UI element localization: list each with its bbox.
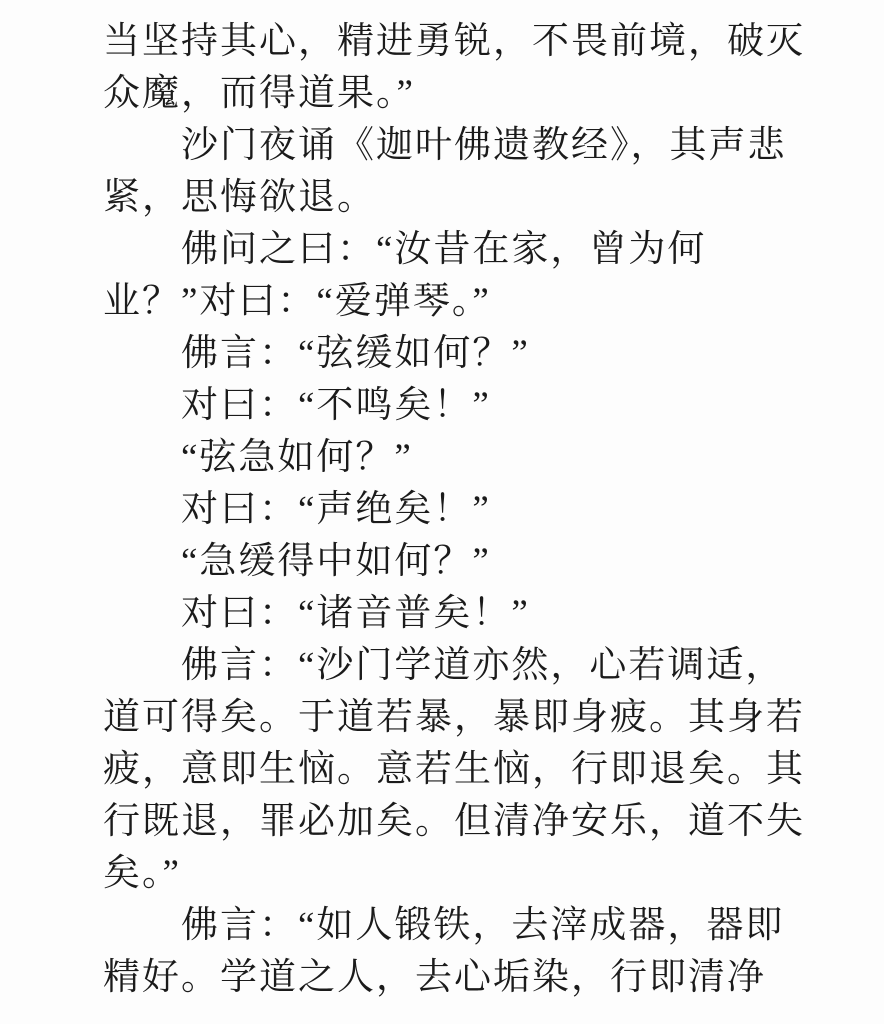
ebook-page: 当坚持其心，精进勇锐，不畏前境，破灭众魔，而得道果。”沙门夜诵《迦叶佛遗教经》，… bbox=[0, 0, 884, 1024]
text-line: 对曰：“声绝矣！” bbox=[103, 484, 806, 536]
text-line: 道可得矣。于道若暴，暴即身疲。其身若 bbox=[103, 692, 806, 744]
text-line: 众魔，而得道果。” bbox=[103, 68, 806, 120]
text-line: 对曰：“诸音普矣！” bbox=[103, 588, 806, 640]
text-line: “弦急如何？” bbox=[103, 432, 806, 484]
text-lines: 当坚持其心，精进勇锐，不畏前境，破灭众魔，而得道果。”沙门夜诵《迦叶佛遗教经》，… bbox=[103, 16, 806, 1004]
text-line: 佛言：“如人锻铁，去滓成器，器即 bbox=[103, 900, 806, 952]
text-line: 矣。” bbox=[103, 848, 806, 900]
text-line: 佛问之曰：“汝昔在家，曾为何 bbox=[103, 224, 806, 276]
text-line: 精好。学道之人，去心垢染，行即清净 bbox=[103, 952, 806, 1004]
text-line: 佛言：“弦缓如何？” bbox=[103, 328, 806, 380]
text-line: “急缓得中如何？” bbox=[103, 536, 806, 588]
text-line: 业？”对曰：“爱弹琴。” bbox=[103, 276, 806, 328]
text-line: 行既退，罪必加矣。但清净安乐，道不失 bbox=[103, 796, 806, 848]
text-line: 佛言：“沙门学道亦然，心若调适， bbox=[103, 640, 806, 692]
text-line: 沙门夜诵《迦叶佛遗教经》，其声悲 bbox=[103, 120, 806, 172]
text-line: 疲，意即生恼。意若生恼，行即退矣。其 bbox=[103, 744, 806, 796]
text-line: 紧，思悔欲退。 bbox=[103, 172, 806, 224]
text-line: 当坚持其心，精进勇锐，不畏前境，破灭 bbox=[103, 16, 806, 68]
text-line: 对曰：“不鸣矣！” bbox=[103, 380, 806, 432]
